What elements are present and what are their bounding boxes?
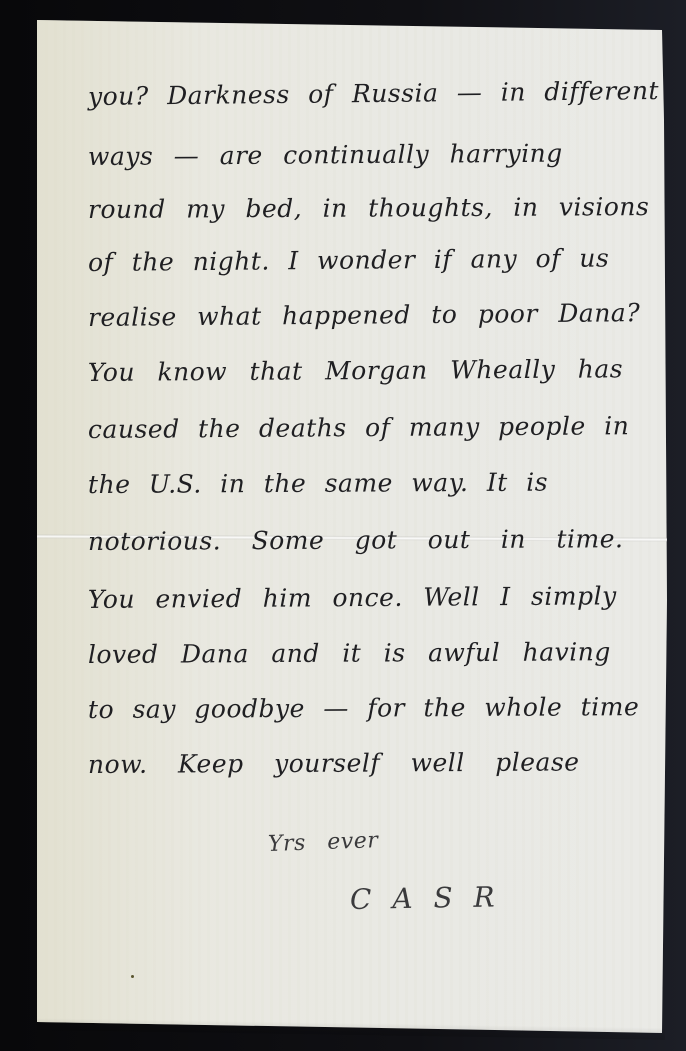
letter-line-7: caused the deaths of many people in — [88, 411, 630, 444]
letter-line-10: You envied him once. Well I simply — [88, 581, 617, 614]
letter-line-3: round my bed, in thoughts, in visions — [88, 192, 649, 224]
letter-line-8: the U.S. in the same way. It is — [88, 468, 548, 499]
letter-line-5: realise what happened to poor Dana? — [88, 298, 640, 332]
letter-line-12: to say goodbye — for the whole time — [88, 692, 639, 724]
letter-signature: C A S R — [350, 880, 501, 916]
letter-line-6: You know that Morgan Wheally has — [88, 354, 623, 387]
letter-line-11: loved Dana and it is awful having — [88, 637, 611, 669]
letter-line-1: you? Darkness of Russia — in different — [88, 76, 659, 111]
letter-line-13: now. Keep yourself well please — [88, 747, 580, 779]
letter-line-2: ways — are continually harrying — [88, 139, 563, 171]
letter-line-9: notorious. Some got out in time. — [88, 524, 624, 556]
letter-closing: Yrs ever — [268, 828, 379, 857]
letter-line-4: of the night. I wonder if any of us — [88, 243, 610, 277]
photo-background: you? Darkness of Russia — in different w… — [0, 0, 686, 1051]
paper-speck — [131, 975, 134, 978]
